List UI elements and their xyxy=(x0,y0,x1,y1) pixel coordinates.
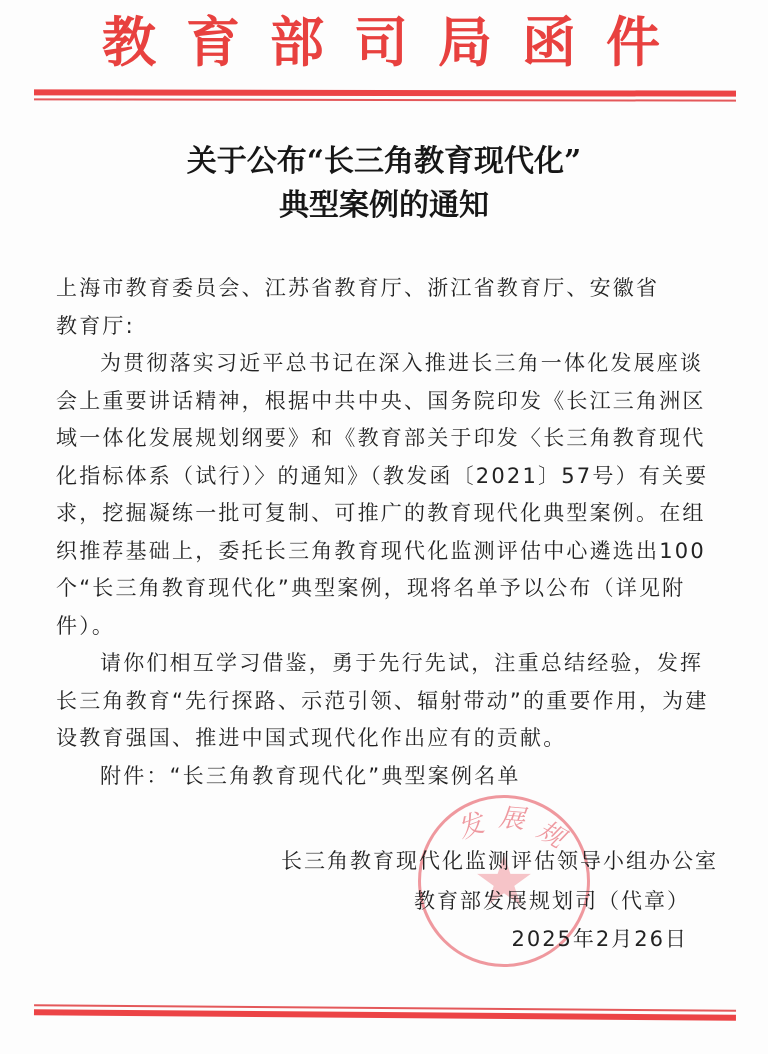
paragraph-1-line: 为贯彻落实习近平总书记在深入推进长三角一体化发 xyxy=(100,351,634,375)
divider-thin-line xyxy=(34,98,736,101)
signature-date: 2025年2月26日 xyxy=(511,923,688,953)
attachment-line: 附件：“长三角教育现代化”典型案例名单 xyxy=(56,758,716,796)
letterhead-divider xyxy=(34,89,736,101)
addressees-line-1: 上海市教育委员会、江苏省教育厅、浙江省教育厅、安徽省 xyxy=(56,276,659,300)
paragraph-2-line: 请你们相互学习借鉴，勇于先行先试，注重总结经验， xyxy=(100,651,657,675)
letterhead-title: 教育部司局函件 xyxy=(0,10,768,74)
document-page: 教育部司局函件 关于公布“长三角教育现代化” 典型案例的通知 上海市教育委员会、… xyxy=(0,0,768,1054)
paragraph-1: 为贯彻落实习近平总书记在深入推进长三角一体化发展座谈会上重要讲话精神，根据中共中… xyxy=(56,345,716,645)
seal-char: 展 xyxy=(497,797,526,836)
signature-org-1: 长三角教育现代化监测评估领导小组办公室 xyxy=(281,845,718,875)
document-body: 上海市教育委员会、江苏省教育厅、浙江省教育厅、安徽省 教育厅: 为贯彻落实习近平… xyxy=(56,270,716,795)
title-line-2: 典型案例的通知 xyxy=(0,184,768,228)
footer-divider xyxy=(34,1004,736,1021)
title-line-1: 关于公布“长三角教育现代化” xyxy=(0,140,768,184)
seal-char: 发 xyxy=(451,803,488,847)
addressees: 上海市教育委员会、江苏省教育厅、浙江省教育厅、安徽省 教育厅: xyxy=(56,270,716,345)
paragraph-2: 请你们相互学习借鉴，勇于先行先试，注重总结经验，发挥长三角教育“先行探路、示范引… xyxy=(56,645,716,758)
signature-org-2: 教育部发展规划司（代章） xyxy=(414,885,690,915)
addressees-line-2: 教育厅: xyxy=(56,314,135,338)
document-title: 关于公布“长三角教育现代化” 典型案例的通知 xyxy=(0,140,768,228)
